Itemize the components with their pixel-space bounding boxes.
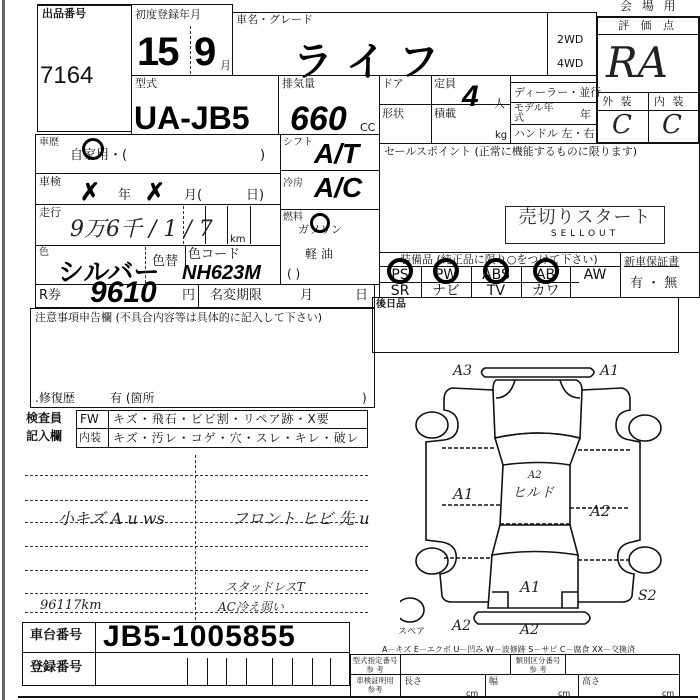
equipment-option[interactable]: SR [379,282,421,300]
repair-label: .修復歴 [35,392,75,404]
mark-roof: A2 [528,470,542,481]
fuel-diesel[interactable]: 軽 油 [305,248,333,260]
mark-right-side: A2 [590,502,610,520]
equipment-circle-mark [433,258,459,284]
model-code: UA-JB5 [134,100,250,137]
spare-label: スペア [398,626,425,638]
equipment-circle-mark [387,258,413,284]
interior-label: 内装 [79,432,101,444]
mark-front-right: A1 [600,363,619,379]
equipment-option[interactable]: カワ [521,282,570,300]
equipment-option[interactable]: ナビ [421,282,471,300]
repair-value: 有 (箇所 [110,392,155,404]
notes-label: 注意事項申告欄 (不具合内容等は具体的に記入して下さい) [35,312,322,324]
inspection-label: 車検 [39,176,61,188]
handle-label[interactable]: ハンドル 左・右 [514,128,595,140]
stamp-sub-text: SELLOUT [506,229,664,239]
ac-label: 冷房 [283,178,303,190]
ac-value: A/C [314,172,362,204]
first-reg-month: 9 [194,30,216,75]
load-label: 積載 [434,108,456,120]
cc-unit: CC [360,122,375,134]
color-code-value: NH623M [182,262,261,285]
fuel-circle-mark [310,213,330,233]
warranty-options[interactable]: 有 ・ 無 [630,278,677,290]
exterior-grade: C [612,110,632,140]
color-code-label: 色コード [188,249,240,261]
color-label: 色 [39,247,49,259]
stamp-main-text: 売切りスタート [506,207,664,229]
equipment-option[interactable]: AW [570,266,620,284]
inspection-month-mark: ✗ [145,178,165,207]
mark-rear-right: S2 [638,588,657,604]
chassis-number: JB5-1005855 [103,620,296,654]
usage-circle-mark [82,138,104,160]
length-label: 長さ [404,676,422,688]
venue-label: 会 場 用 [620,0,679,12]
note-right-1: スタッドレスT [225,578,305,595]
year-unit: 年 [580,109,591,121]
equipment-circle-mark [533,258,559,284]
name-change-label: 名変期限 [210,290,262,302]
page-edge [2,0,5,700]
shape-label: 形状 [382,108,404,120]
drive-2wd[interactable]: 2WD [557,34,583,46]
sales-points-label: セールスポイント (正常に機能するものに限ります) [384,146,637,158]
model-year-label: モデル年式 [514,104,554,124]
fw-label: FW [80,413,99,425]
model-label: 型式 [135,78,157,90]
fw-items: キズ・飛石・ビビ割・リペア跡・X要 [113,413,330,425]
mark-rear-panel: A1 [520,578,540,596]
note-right-2: AC冷え弱い [218,598,284,615]
mark-rear-bumper: A2 [520,622,539,638]
capacity-label: 定員 [434,78,456,90]
height-label: 高さ [582,676,600,688]
displacement-label: 排気量 [282,78,315,90]
door-label: ドア [382,78,404,90]
overall-grade: RA [606,38,668,87]
first-reg-label: 初度登録年月 [135,9,201,21]
mark-front-left: A3 [453,363,472,379]
interior-label: 内 装 [654,96,686,108]
interior-items: キズ・汚レ・コゲ・穴・スレ・キレ・破レ [113,432,360,444]
first-reg-year: 15 [137,30,178,75]
lot-number: 7164 [40,62,93,90]
registration-label: 登録番号 [30,662,82,674]
inspection-year-mark: ✗ [80,178,100,207]
inspector-label-1: 検査員 [26,412,62,424]
mileage-value: 9万6千 / 1 / 7 [70,212,213,243]
usage-label: 車歴 [39,137,59,149]
note-right-line: フロント ヒビ 先 u [232,506,370,529]
equipment-option[interactable]: TV [471,282,521,300]
sellout-stamp: 売切りスタート SELLOUT [505,206,665,244]
recycle-label: R券 [39,290,61,302]
color-change-label: 色替 [152,256,178,268]
mark-roof-note: ヒルド [512,482,554,502]
warranty-label: 新車保証書 [624,256,679,268]
size-label: 車検証明用 参考 [352,676,398,694]
exterior-label: 外 装 [602,96,634,108]
later-items-box [372,297,679,353]
car-name-label: 車名・グレード [236,14,313,26]
equipment-circle-mark [483,258,509,284]
mileage-label: 走行 [39,207,61,219]
mark-rear-bumper-left: A2 [452,618,471,634]
shift-label: シフト [283,137,313,149]
lot-label: 出品番号 [42,8,86,20]
width-label: 幅 [489,676,498,688]
grade-label: 評 価 点 [618,20,678,32]
shift-value: A/T [314,138,359,170]
mark-left-side: A1 [453,485,473,503]
kg-unit: kg [495,130,507,142]
inspector-label-2: 記入欄 [26,430,62,442]
recycle-fee: 9610 [90,276,157,310]
drive-4wd[interactable]: 4WD [557,58,583,70]
interior-grade: C [662,110,682,140]
class-label: 類別区分番号 参 考 [512,656,564,674]
note-mileage: 96117km [40,598,102,613]
type-cert-label: 型式指定番号 参 考 [352,656,398,674]
dealer-label[interactable]: ディーラー・並行 [514,87,601,99]
chassis-label: 車台番号 [30,630,82,642]
later-items-label: 後日品 [376,299,406,311]
month-unit: 月 [220,60,231,72]
note-left-line: 小キズ A u ws [58,506,165,529]
